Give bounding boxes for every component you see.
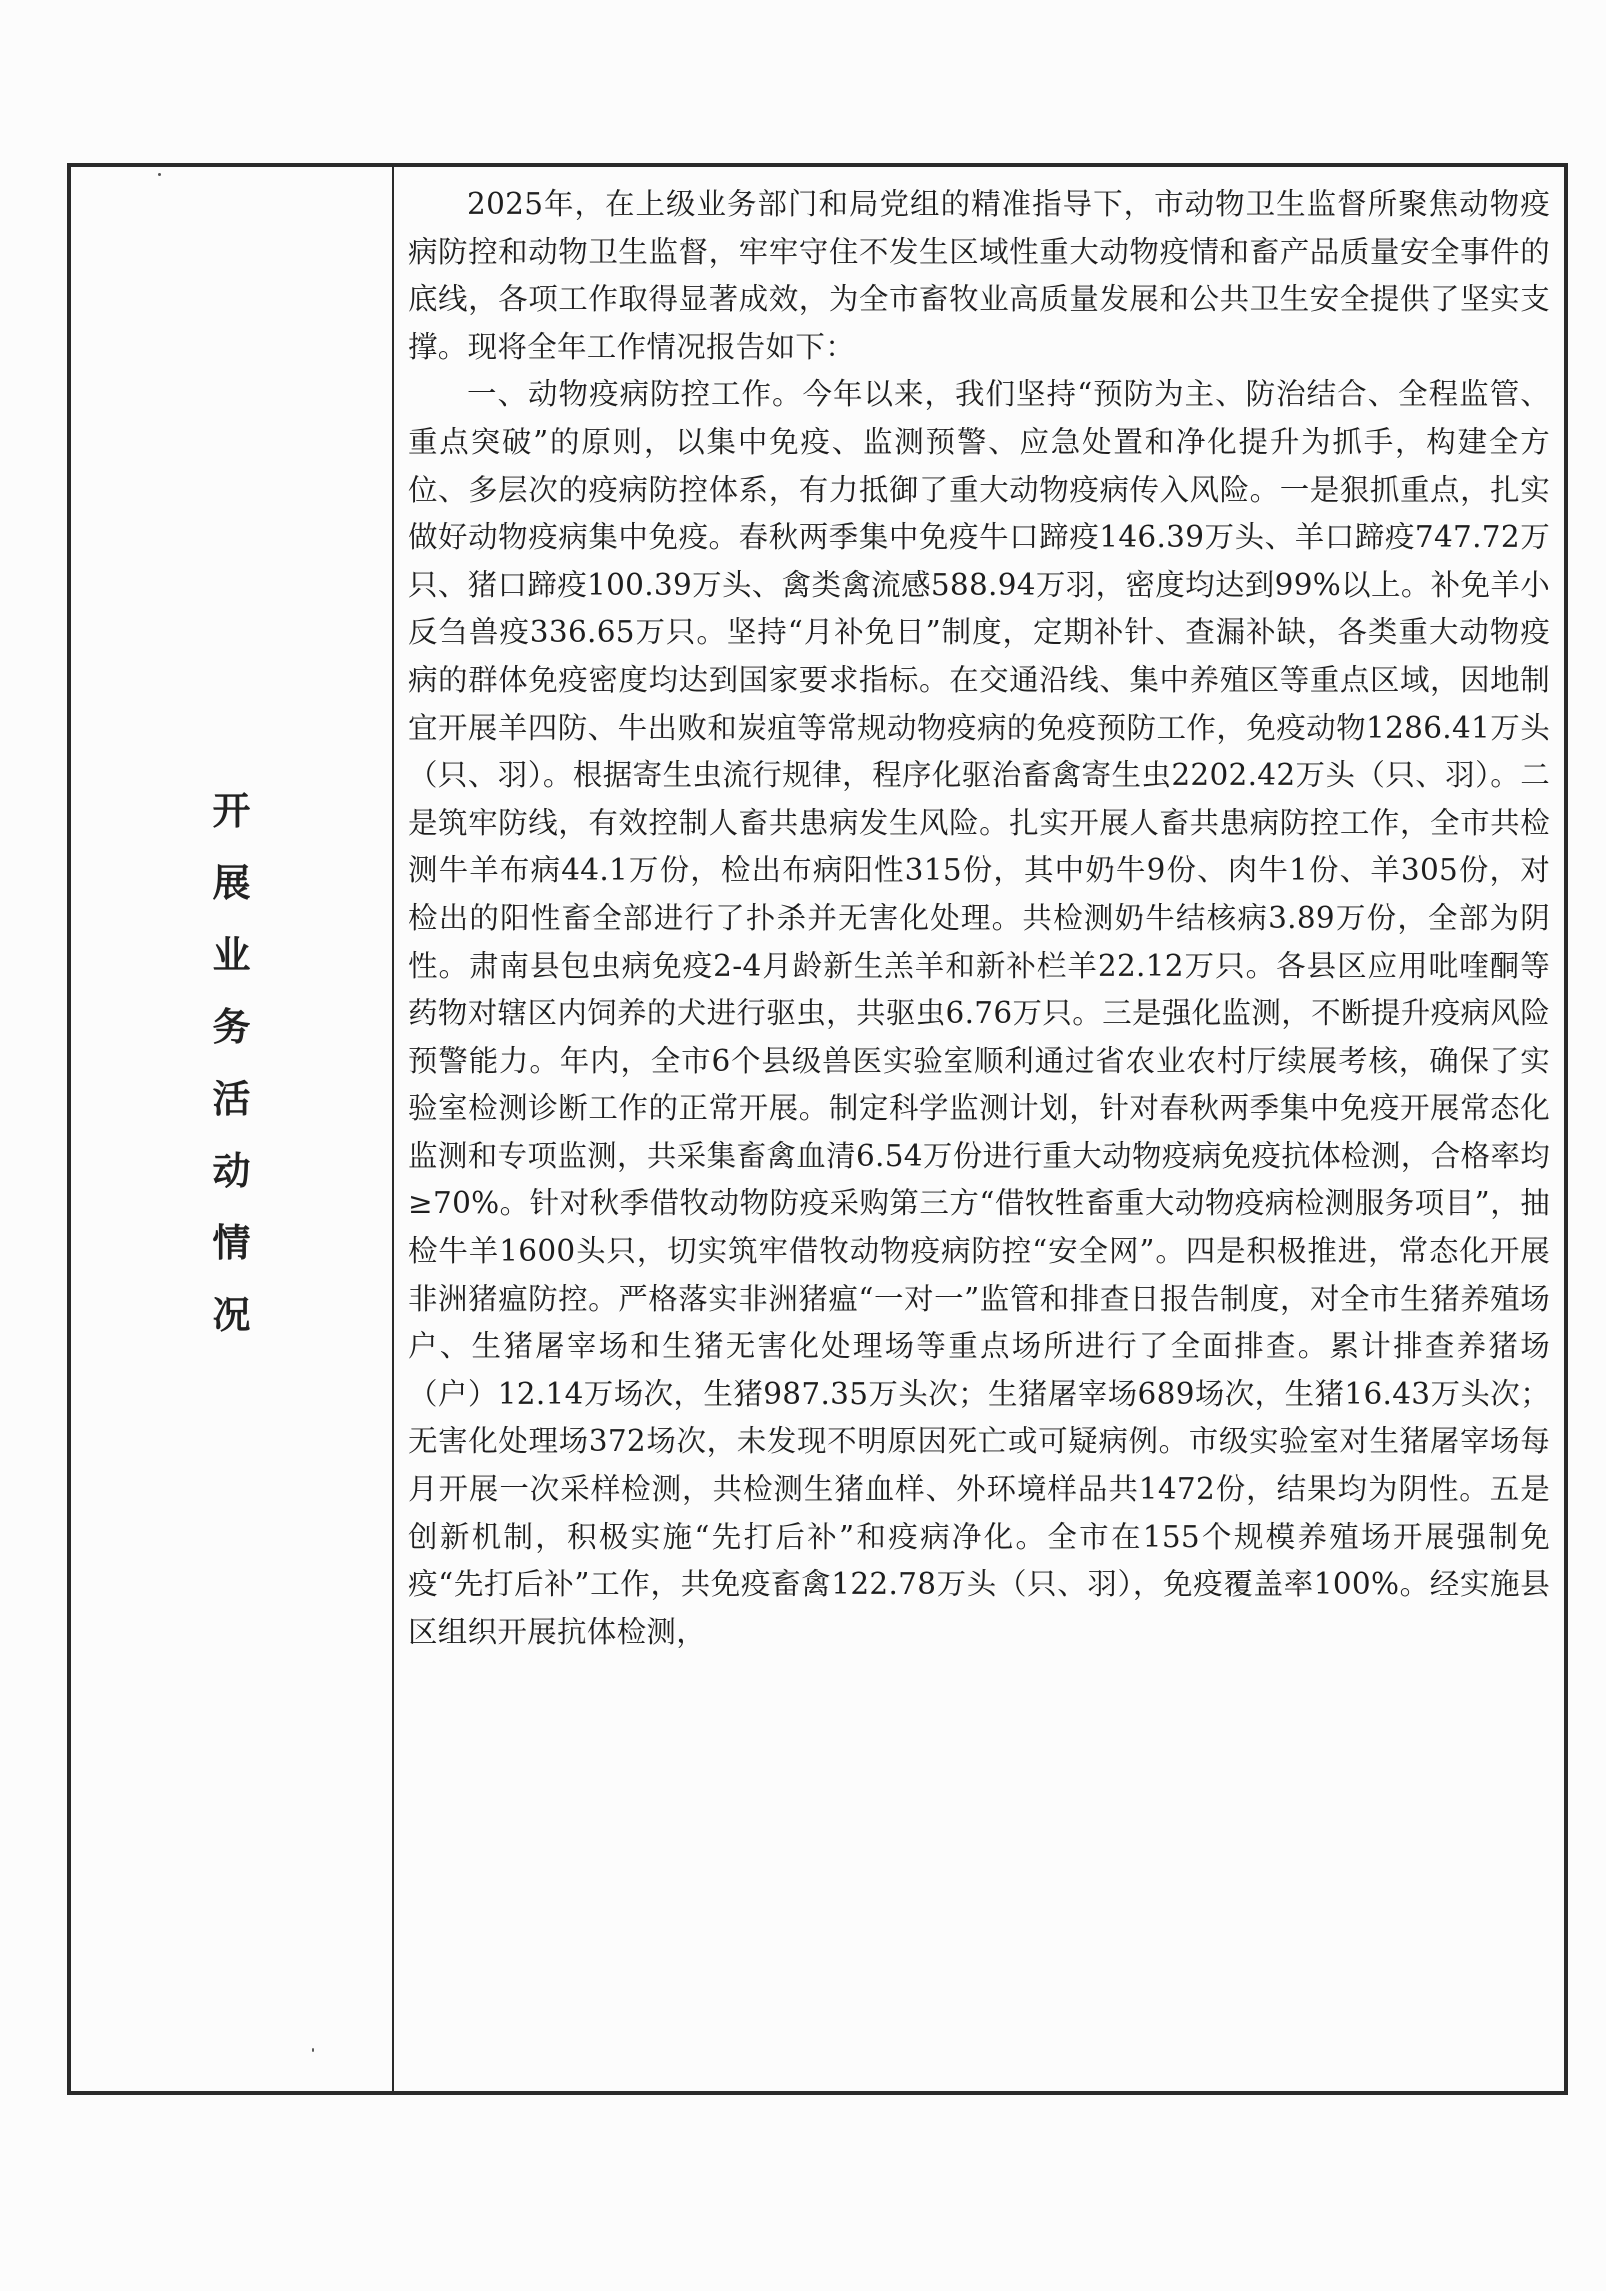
label-char: 业 (212, 936, 250, 974)
label-char: 活 (212, 1080, 250, 1118)
label-char: 开 (212, 792, 250, 830)
label-char: 况 (212, 1296, 250, 1334)
section-one-paragraph: 一、动物疫病防控工作。今年以来，我们坚持“预防为主、防治结合、全程监管、重点突破… (408, 371, 1550, 1656)
label-char: 务 (212, 1008, 250, 1046)
label-char: 展 (212, 864, 250, 902)
row-label-cell: 开 展 业 务 活 动 情 况 (71, 167, 394, 2091)
label-char: 情 (212, 1224, 250, 1262)
document-page: 开 展 业 务 活 动 情 况 2025年，在上级业务部门和局党组的精准指导下，… (0, 0, 1606, 2291)
row-label-vertical: 开 展 业 务 活 动 情 况 (71, 792, 392, 1368)
intro-paragraph: 2025年，在上级业务部门和局党组的精准指导下，市动物卫生监督所聚焦动物疫病防控… (408, 181, 1550, 371)
content-cell: 2025年，在上级业务部门和局党组的精准指导下，市动物卫生监督所聚焦动物疫病防控… (394, 167, 1564, 2091)
report-table: 开 展 业 务 活 动 情 况 2025年，在上级业务部门和局党组的精准指导下，… (67, 163, 1568, 2095)
label-char: 动 (212, 1152, 250, 1190)
